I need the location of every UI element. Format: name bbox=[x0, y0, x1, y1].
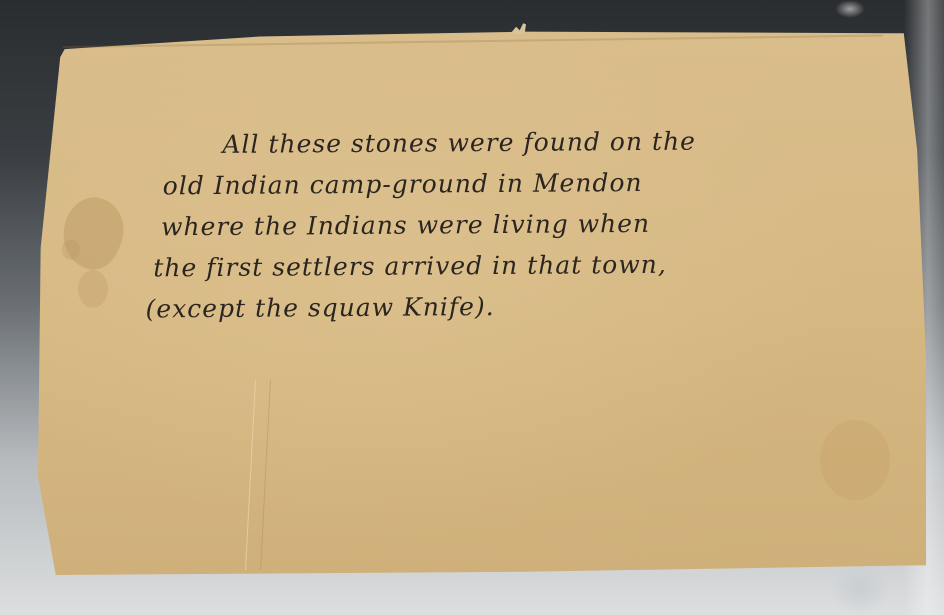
note-line-4: the first settlers arrived in that town, bbox=[145, 243, 845, 289]
water-stain bbox=[78, 270, 108, 308]
display-stand-shadow bbox=[830, 560, 890, 615]
note-line-3: where the Indians were living when bbox=[145, 202, 845, 248]
background-light-reflection bbox=[835, 0, 865, 18]
note-line-1: All these stones were found on the bbox=[144, 120, 844, 166]
discoloration-stain bbox=[820, 420, 890, 500]
note-line-2: old Indian camp-ground in Mendon bbox=[145, 161, 845, 207]
note-line-5: (except the squaw Knife). bbox=[145, 284, 845, 330]
handwritten-note: All these stones were found on the old I… bbox=[144, 120, 845, 330]
water-stain bbox=[62, 240, 80, 260]
string-tuft bbox=[512, 22, 526, 34]
